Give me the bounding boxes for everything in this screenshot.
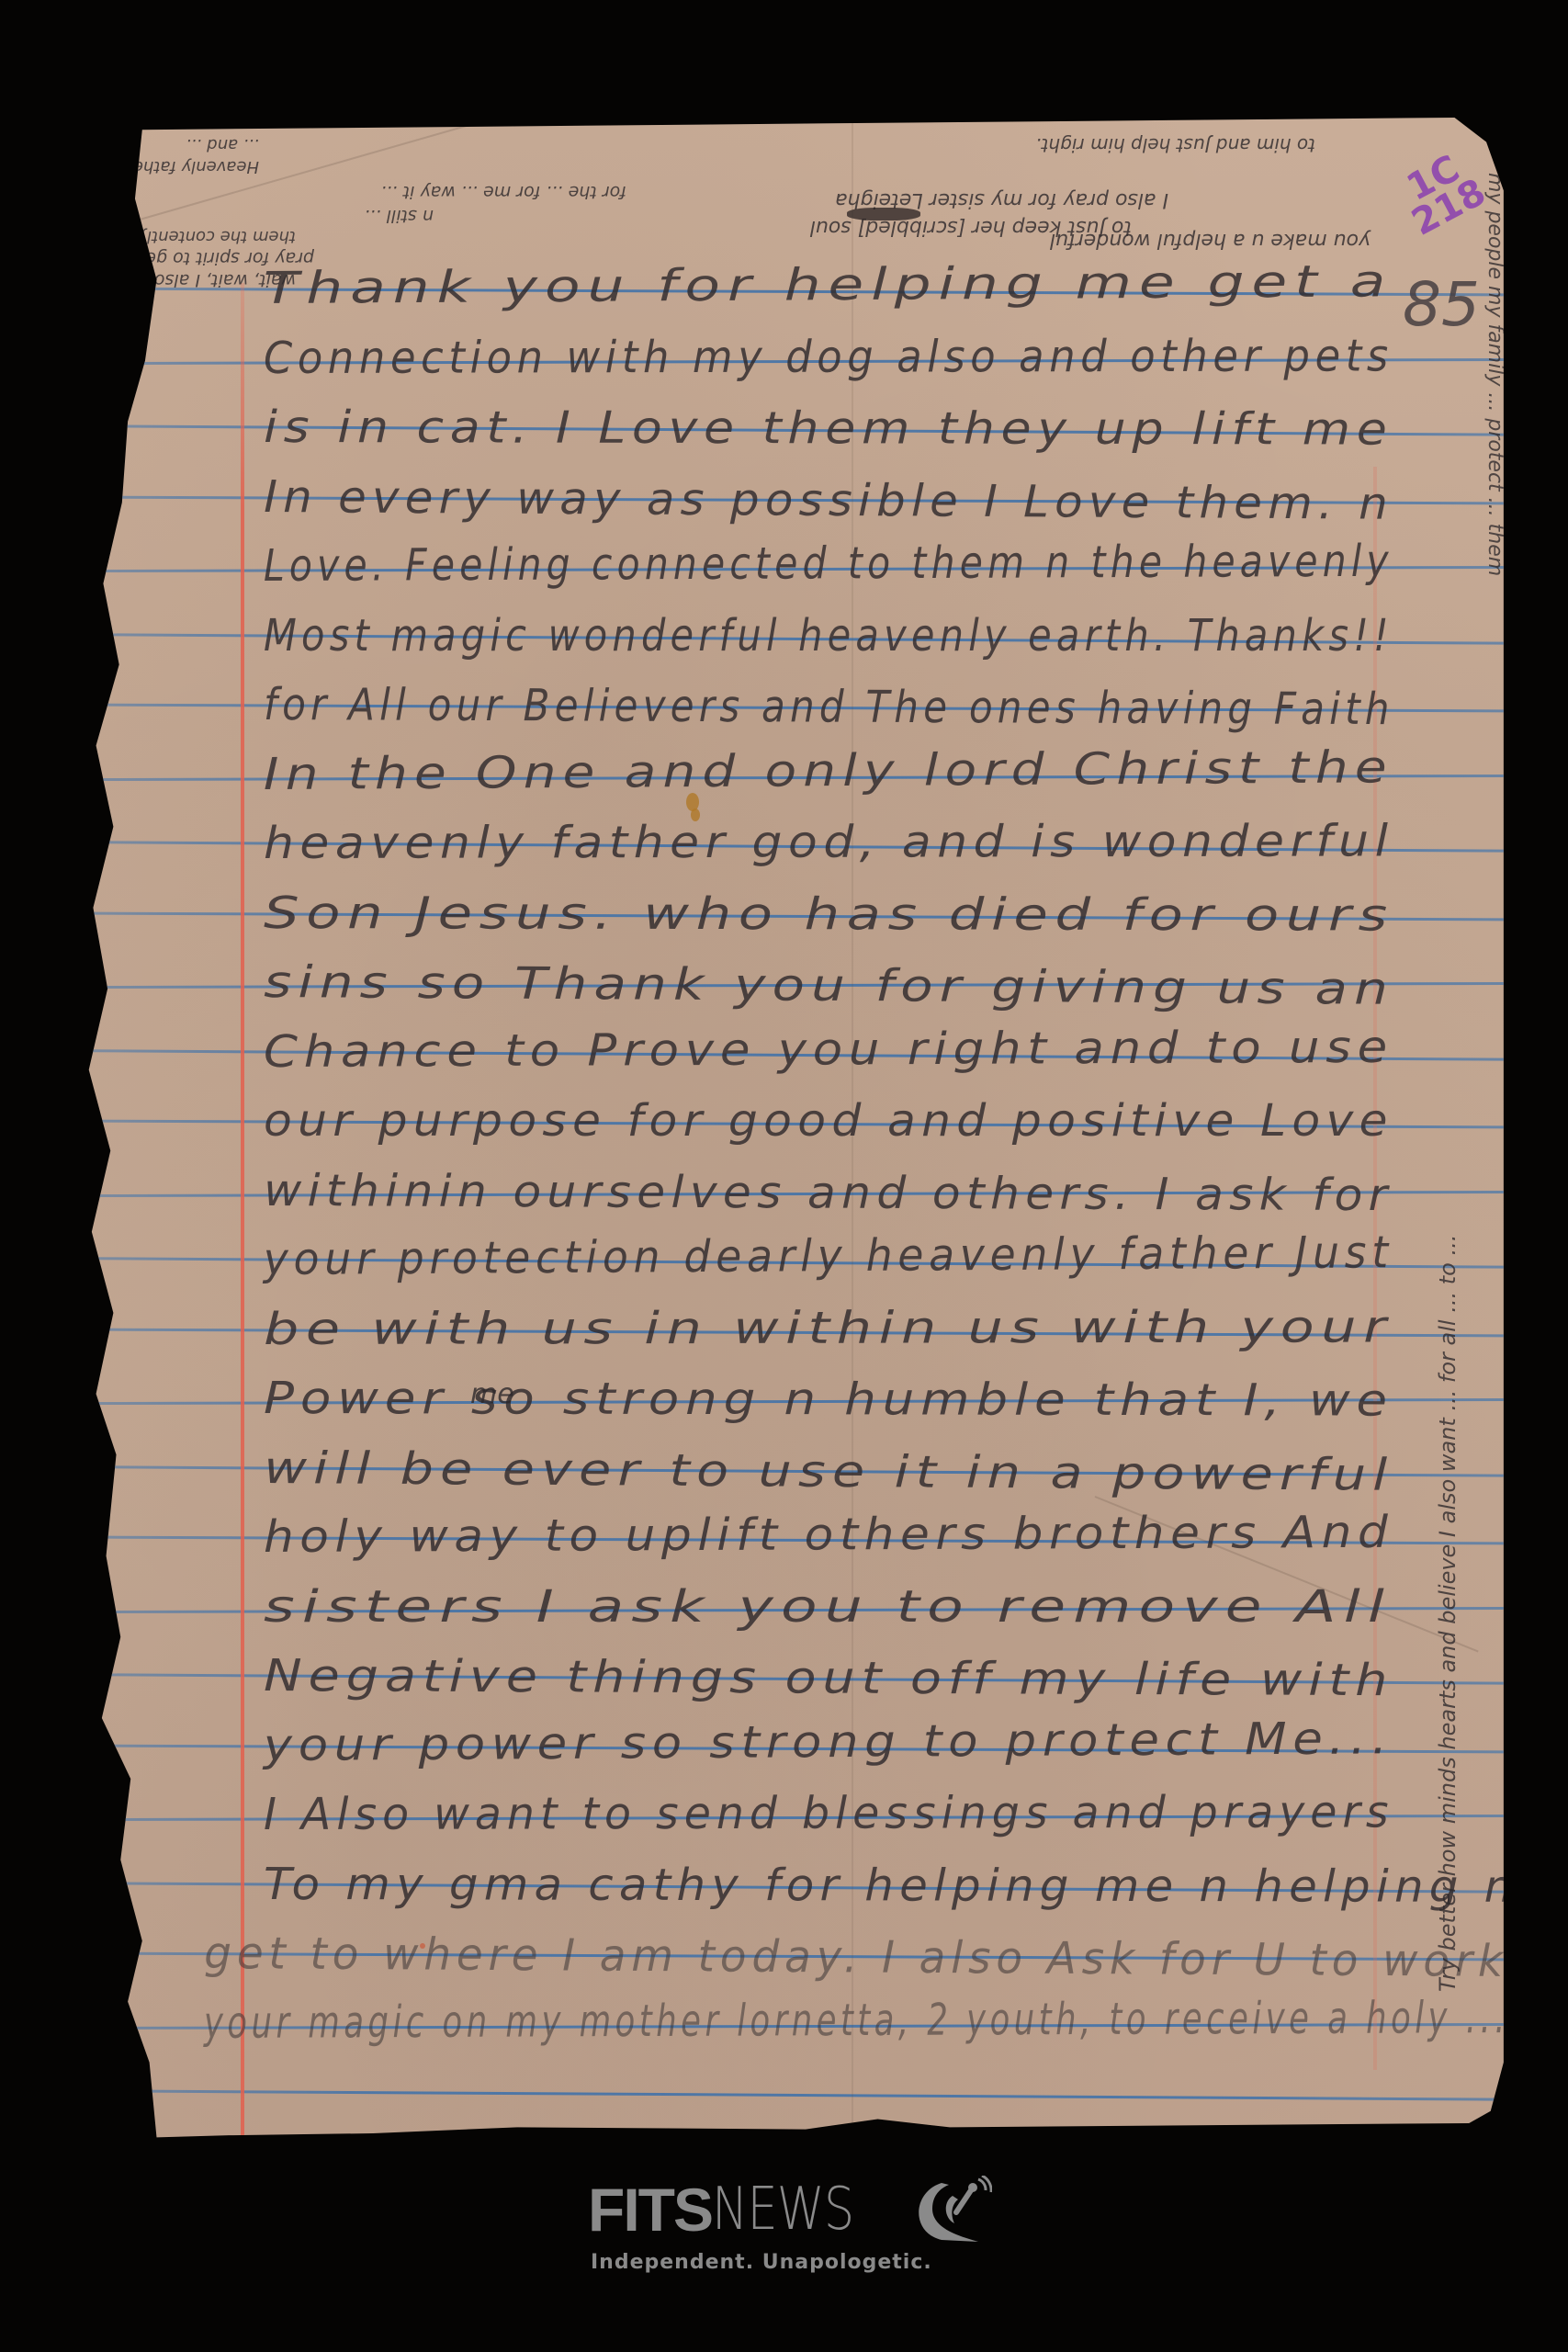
margin-note-vertical-inner: Try better how minds hearts and believe … [1435,1235,1461,1992]
note-line: ... and ... [186,135,259,154]
letter-line: In the One and only lord Christ the [264,741,1393,800]
letter-line: Thank you for helping me get a [264,255,1393,314]
letter-line: Chance to Prove you right and to use [264,1021,1393,1077]
letter-line: sins so Thank you for giving us an [264,956,1394,1015]
red-margin-line [241,283,244,2143]
note-line: to him and Just help him right. [1035,134,1315,156]
note-line: for the ... for me ... way it ... [381,182,626,202]
purple-stamp: 1C 218 [1392,146,1491,241]
letter-line: I Also want to send blessings and prayer… [264,1786,1394,1840]
letter-line: will be ever to use it in a powerful [264,1442,1394,1501]
satellite-dish-icon [905,2176,992,2249]
letter-line: heavenly father god, and is wonderful [264,815,1394,869]
logo-wordmark: FITS NEWS [588,2176,885,2240]
letter-line: your protection dearly heavenly father J… [264,1227,1393,1285]
note-line: them the contently ... [116,227,296,246]
stain [691,808,700,821]
letter-line: withinin ourselves and others. I ask for [264,1165,1393,1221]
letter-line: Negative things out off my life with [264,1650,1393,1706]
page-number: 85 [1403,269,1480,340]
upside-down-notes-top-center: to him and Just help him right. I also p… [599,127,1334,265]
note-line: Heavenly father [127,157,259,176]
letter-line: for All our Believers and The ones havin… [264,679,1394,735]
letter-line: your magic on my mother lornetta, 2 yout… [204,1992,1509,2049]
scribble-out [847,208,920,220]
logo-tagline: Independent. Unapologetic. [591,2251,932,2274]
letter-line: sisters I ask you to remove All [264,1581,1392,1633]
letter-line: Love. Feeling connected to them n the he… [264,536,1393,592]
letter-line: Power so strong n humble that I, we [264,1373,1393,1427]
letter-line: In every way as possible I Love them. n [264,471,1393,530]
margin-note-vertical-outer: my people my family ... protect ... them [1483,173,1506,576]
letter-line: your power so strong to protect Me... [264,1713,1393,1771]
letter-line: our purpose for good and positive Love [264,1095,1393,1147]
insertion-me: me [470,1378,514,1410]
fitsnews-logo: FITS NEWS Independent. Unapologetic. [588,2176,983,2277]
letter-line: get to where I am today. I also Ask for … [204,1928,1508,1987]
letter-line: is in cat. I Love them they up lift me [264,401,1393,456]
letter-line: holy way to uplift others brothers And [264,1507,1394,1563]
stain [420,1943,425,1949]
letter-line: Most magic wonderful heavenly earth. Tha… [264,610,1393,661]
letter-line: Connection with my dog also and other pe… [264,330,1393,384]
letter-line: Son Jesus. who has died for ours [264,888,1394,942]
letter-line: To my gma cathy for helping me n helping… [264,1859,1568,1913]
notebook-paper: to him and Just help him right. I also p… [85,118,1527,2143]
logo-news: NEWS [712,2179,853,2240]
note-line: n still ... [365,206,434,226]
logo-fits: FITS [588,2179,712,2240]
ruled-line [85,2089,1527,2101]
note-line: you make u a helpful wonderful [1050,229,1371,252]
ruled-line [85,2160,1527,2169]
letter-line: be with us in within us with your [264,1301,1393,1355]
